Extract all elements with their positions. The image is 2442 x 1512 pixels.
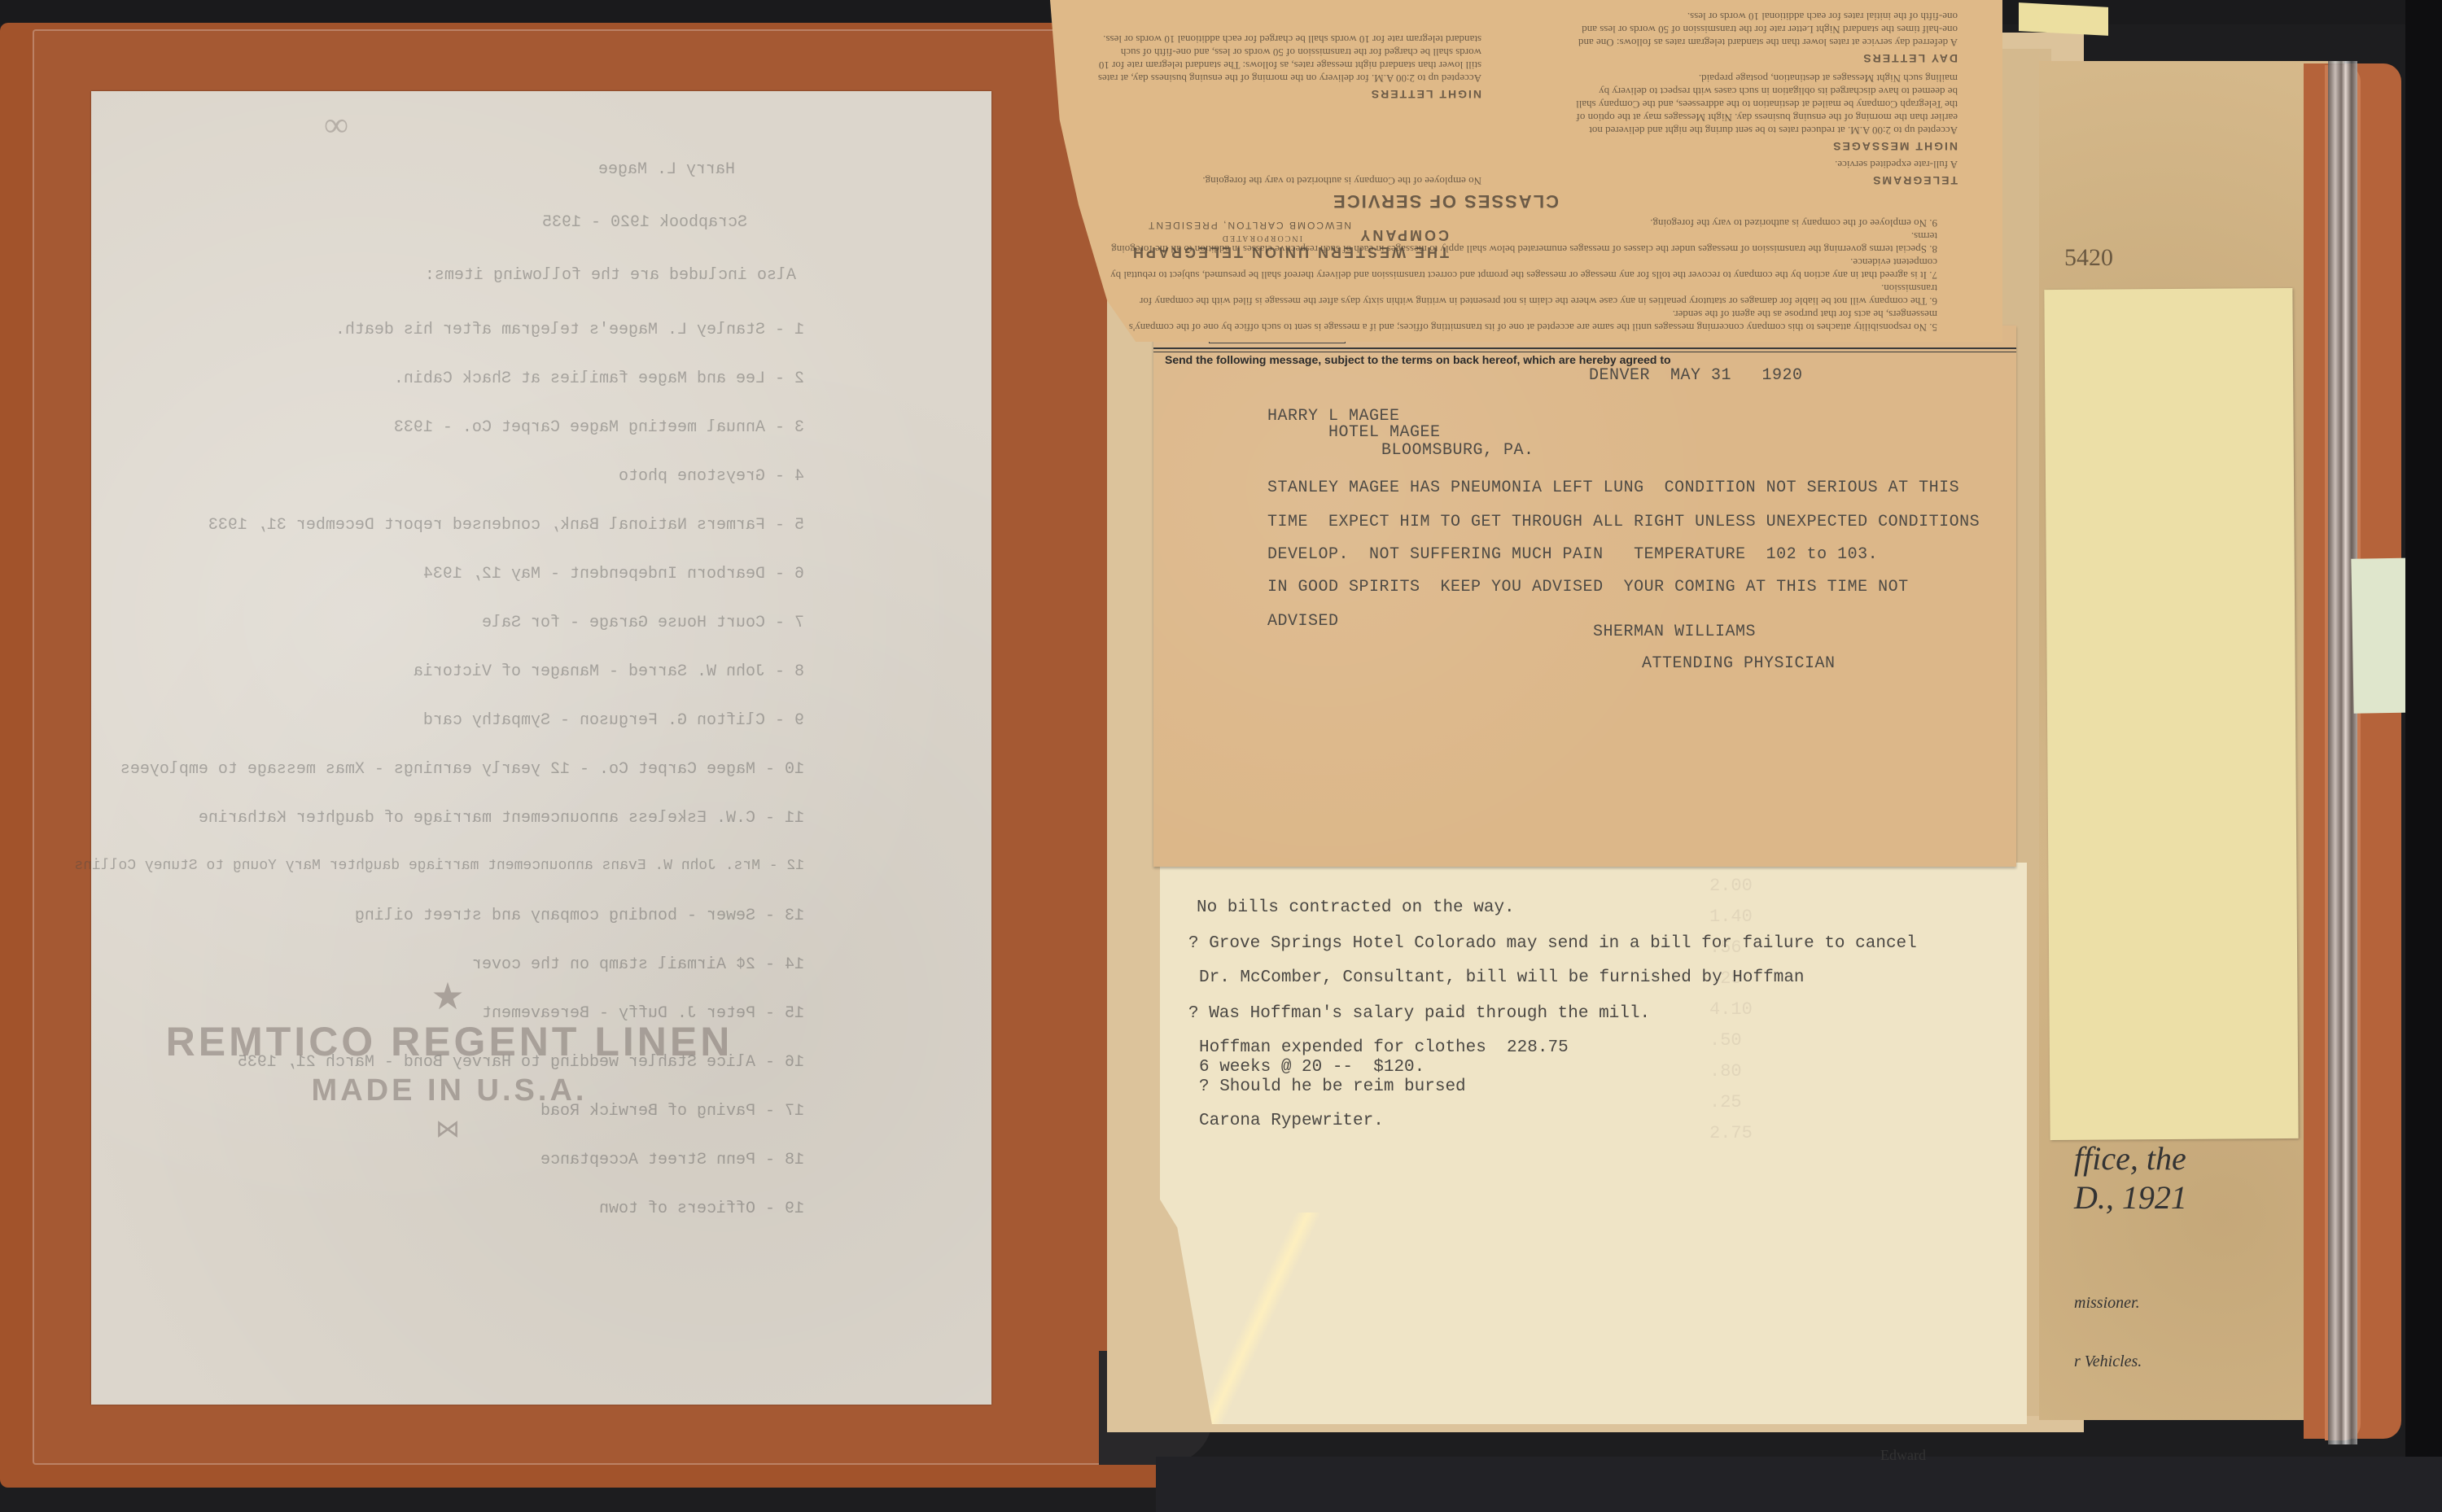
day-letter-terms: No employee of the Company is authorized… xyxy=(1091,174,1481,187)
index-subtitle: Scrapbook 1920 - 1935 xyxy=(542,213,747,232)
index-item: 9 - Clifton G. Ferguson - Sympathy card xyxy=(423,711,804,730)
telegram-hotel: HOTEL MAGEE xyxy=(1328,423,1441,442)
onion-skin-index-sheet: ∞ Harry L. Magee Scrapbook 1920 - 1935 A… xyxy=(91,91,991,1405)
company-incorporated: INCORPORATED xyxy=(1221,234,1302,243)
service-class-text: A full-rate expedited service. xyxy=(1567,158,1958,171)
index-item: 13 - Sewer - bonding company and street … xyxy=(355,907,804,925)
service-class-name: NIGHT MESSAGES xyxy=(1831,140,1958,153)
service-class-text: Accepted up to 2:00 A.M. for delivery on… xyxy=(1091,33,1481,85)
service-class-text: Accepted up to 2:00 A.M. at reduced rate… xyxy=(1567,72,1958,137)
yellow-note-corner xyxy=(2019,2,2108,36)
index-item: 8 - John W. Sarred - Manager of Victoria xyxy=(414,662,804,681)
classes-of-service-heading: CLASSES OF SERVICE xyxy=(1332,190,1559,212)
telegram-signature-title: ATTENDING PHYSICIAN xyxy=(1642,654,1836,673)
watermark-origin: MADE IN U.S.A. xyxy=(140,1073,759,1108)
memo-line: ? Was Hoffman's salary paid through the … xyxy=(1188,1004,1650,1023)
certificate-department: r Vehicles. xyxy=(2074,1352,2142,1371)
index-item: 3 - Annual meeting Magee Carpet Co. - 19… xyxy=(394,418,804,437)
telegram-signature: SHERMAN WILLIAMS xyxy=(1593,623,1756,641)
memo-line: Dr. McComber, Consultant, bill will be f… xyxy=(1199,968,1805,987)
background-mat-bottom xyxy=(1156,1457,2442,1512)
index-item: 14 - 2¢ Airmail stamp on the cover xyxy=(472,955,804,974)
yellow-index-card xyxy=(2044,288,2298,1140)
bowtie-mark-icon: ⋈ xyxy=(140,1115,759,1143)
memo-line: Hoffman expended for clothes 228.75 xyxy=(1199,1038,1569,1057)
index-item: 1 - Stanley L. Magee's telegram after hi… xyxy=(335,321,804,339)
sleeve-page-edges xyxy=(2328,61,2357,1444)
company-name: THE WESTERN UNION TELEGRAPH COMPANY xyxy=(1050,226,1449,260)
index-item: 7 - Court House Garage - for Sale xyxy=(482,614,804,632)
background-mat-right xyxy=(2405,0,2442,1512)
telegram-body-line: STANLEY MAGEE HAS PNEUMONIA LEFT LUNG CO… xyxy=(1267,479,1959,497)
telegram-reverse-flap: 5. No responsibility attaches to this co… xyxy=(1050,0,2002,342)
memo-line: 6 weeks @ 20 -- $120. xyxy=(1199,1058,1424,1077)
telegram-body-line: TIME EXPECT HIM TO GET THROUGH ALL RIGHT… xyxy=(1267,513,1980,531)
telegram-body-line: IN GOOD SPIRITS KEEP YOU ADVISED YOUR CO… xyxy=(1267,578,1909,596)
memo-line: ? Grove Springs Hotel Colorado may send … xyxy=(1188,934,1917,953)
star-emblem-icon: ★ xyxy=(140,974,759,1018)
certificate-line: ffice, the xyxy=(2074,1139,2186,1178)
index-item: 19 - Officers of town xyxy=(599,1200,804,1218)
faint-amount-column: 2.001.40.56.254.10.50.80.252.75 xyxy=(1709,871,1783,1139)
telegram-rule xyxy=(1153,347,2016,352)
service-class-name: DAY LETTERS xyxy=(1862,52,1958,65)
memo-line: Carona Rypewriter. xyxy=(1199,1112,1384,1130)
memo-line: No bills contracted on the way. xyxy=(1197,898,1515,917)
index-item: 4 - Greystone photo xyxy=(619,467,804,486)
western-union-telegram: FULL-RATE TELEGRAM Send the following me… xyxy=(1153,326,2016,867)
index-item: 2 - Lee and Magee families at Shack Cabi… xyxy=(394,369,804,388)
telegram-city: BLOOMSBURG, PA. xyxy=(1381,441,1534,460)
watermark-brand: REMTICO REGENT LINEN xyxy=(140,1018,759,1065)
service-class-name: TELEGRAMS xyxy=(1871,174,1958,187)
certificate-signer-title: missioner. xyxy=(2074,1294,2140,1313)
upside-down-terms: 5. No responsibility attaches to this co… xyxy=(1050,0,2002,342)
telegram-body-line: ADVISED xyxy=(1267,612,1339,631)
certificate-number: 5420 xyxy=(2064,244,2113,272)
header-mark-icon: ∞ xyxy=(324,106,348,145)
telegram-body-line: DEVELOP. NOT SUFFERING MUCH PAIN TEMPERA… xyxy=(1267,545,1878,564)
index-item: 6 - Dearborn Independent - May 12, 1934 xyxy=(423,565,804,583)
index-item: 18 - Penn Street Acceptance xyxy=(540,1151,804,1169)
service-class-text: A deferred day service at rates lower th… xyxy=(1567,10,1958,49)
paper-watermark: ★ REMTICO REGENT LINEN MADE IN U.S.A. ⋈ xyxy=(140,974,759,1143)
index-intro: Also included are the following items: xyxy=(425,266,796,285)
index-item: 10 - Magee Carpet Co. - 12 yearly earnin… xyxy=(120,760,804,779)
index-item: 12 - Mrs. John W. Evans announcement mar… xyxy=(74,858,804,874)
certificate-date: D., 1921 xyxy=(2074,1178,2187,1217)
index-item: 11 - C.W. Eskeless announcement marriage… xyxy=(199,809,804,828)
telegram-instruction: Send the following message, subject to t… xyxy=(1165,353,1671,366)
memo-line: ? Should he be reim bursed xyxy=(1199,1077,1466,1096)
telegram-dateline: DENVER MAY 31 1920 xyxy=(1589,366,1803,385)
service-class-name: NIGHT LETTERS xyxy=(1370,88,1481,101)
typed-expense-memo: 2.001.40.56.254.10.50.80.252.75 No bills… xyxy=(1160,863,2027,1424)
bottom-clipping-text: Edward xyxy=(1880,1447,1926,1464)
index-title: Harry L. Magee xyxy=(598,160,735,179)
company-president: NEWCOMB CARLTON, PRESIDENT xyxy=(1147,220,1351,231)
mirrored-bleed-through-text: ∞ Harry L. Magee Scrapbook 1920 - 1935 A… xyxy=(91,91,991,1405)
index-item: 5 - Farmers National Bank, condensed rep… xyxy=(208,516,804,535)
